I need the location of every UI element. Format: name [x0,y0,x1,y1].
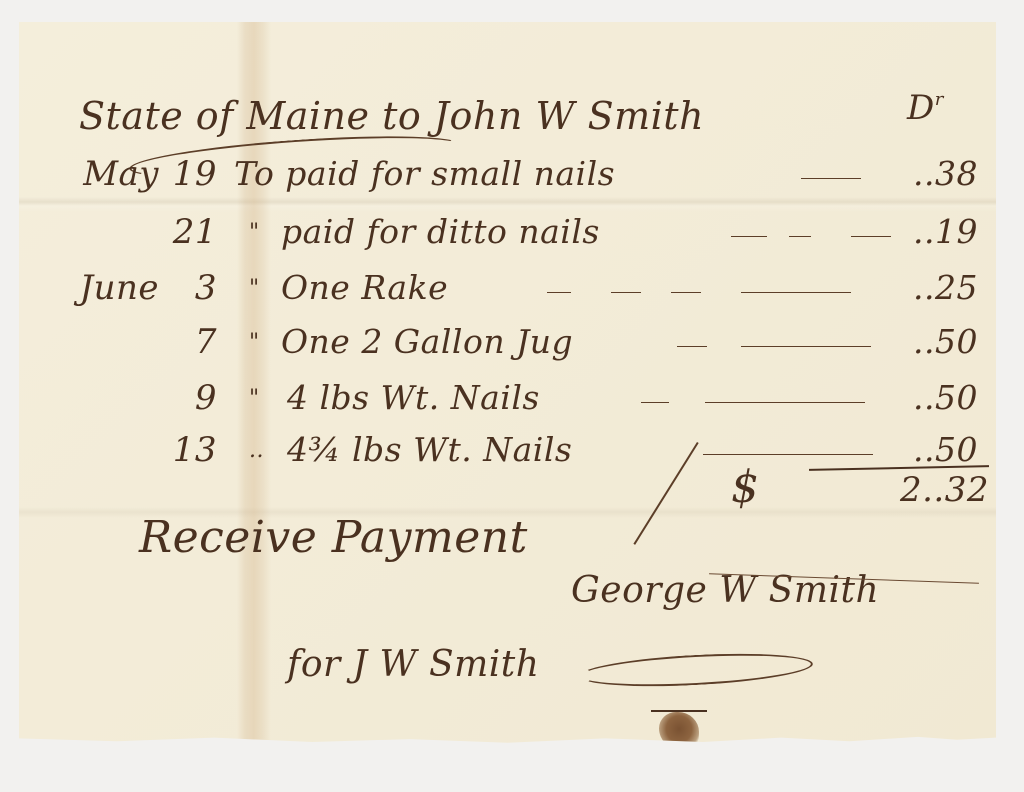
entry-description: 4 lbs Wt. Nails [287,378,540,417]
leader-line [547,292,571,293]
entry-amount: ..50 [868,430,978,469]
entry-day: 7 [167,322,217,362]
dollar-sign: $ [731,462,760,513]
entry-day: 13 [167,430,217,470]
entry-month: June [49,268,159,308]
ledger-entry: June 3 " One Rake ..25 [19,268,996,320]
leader-line [671,292,701,293]
receipt-paper: State of Maine to John W Smith Dr May 19… [19,22,996,750]
debit-marker: Dr [907,88,944,128]
ledger-entry: 21 " paid for ditto nails ..19 [19,212,996,264]
ditto-mark: " [249,386,260,411]
entry-amount: ..50 [868,322,978,361]
leader-line [741,292,851,293]
entry-description: One 2 Gallon Jug [281,322,573,361]
entry-description: To paid for small nails [234,154,615,193]
leader-line [789,236,811,237]
entry-day: 19 [167,154,217,194]
received-payment-text: Receive Payment [139,512,528,563]
entry-day: 21 [167,212,217,252]
signature: George W Smith [571,570,879,611]
entry-day: 3 [167,268,217,308]
ink-stain [659,712,699,750]
entry-description: One Rake [281,268,448,307]
entry-amount: ..50 [868,378,978,417]
entry-amount: ..38 [868,154,978,193]
receipt-heading: State of Maine to John W Smith [79,94,704,138]
leader-line [703,454,873,455]
debit-marker-label: D [907,88,935,128]
leader-line [677,346,707,347]
ditto-mark: " [249,220,260,245]
ledger-entry: 7 " One 2 Gallon Jug ..50 [19,322,996,374]
entry-amount: ..25 [868,268,978,307]
leader-line [731,236,767,237]
for-line: for J W Smith [287,644,539,685]
leader-line [741,346,871,347]
ditto-mark: " [249,276,260,301]
for-line-flourish [578,649,813,691]
leader-line [705,402,865,403]
leader-line [801,178,861,179]
leader-line [611,292,641,293]
debit-marker-sup: r [935,89,944,110]
entry-description: paid for ditto nails [281,212,600,251]
document-viewer: State of Maine to John W Smith Dr May 19… [0,0,1024,792]
leader-line [641,402,669,403]
total-amount: 2..32 [839,470,989,510]
entry-month: May [49,154,159,194]
entry-description: 4¾ lbs Wt. Nails [287,430,572,469]
ledger-entry: May 19 To paid for small nails ..38 [19,154,996,206]
ditto-mark: .. [249,438,264,463]
ditto-mark: " [249,330,260,355]
ledger-entry: 9 " 4 lbs Wt. Nails ..50 [19,378,996,430]
entry-day: 9 [167,378,217,418]
entry-amount: ..19 [868,212,978,251]
